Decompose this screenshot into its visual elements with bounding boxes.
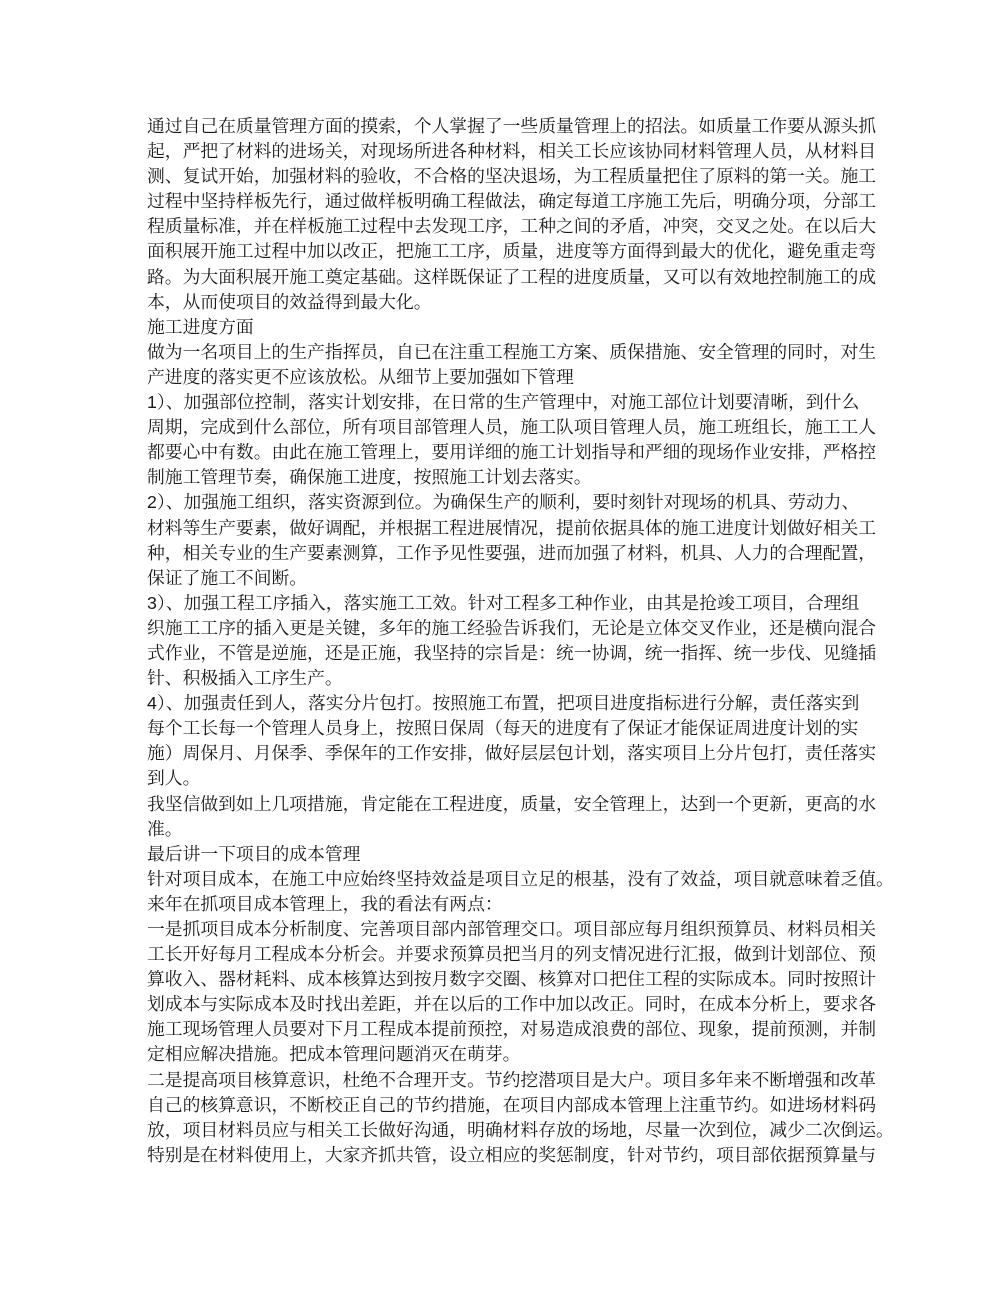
text-line: 程质量标准，并在样板施工过程中去发现工序，工种之间的矛盾，冲突，交叉之处。在以后… <box>147 214 907 239</box>
text-line: 过程中坚持样板先行，通过做样板明确工程做法，确定每道工序施工先后，明确分项，分部… <box>147 189 907 214</box>
text-line: 保证了施工不间断。 <box>147 566 907 591</box>
text-line: 二是提高项目核算意识，杜绝不合理开支。节约挖潜项目是大户。项目多年来不断增强和改… <box>147 1068 907 1093</box>
text-line: 种，相关专业的生产要素测算，工作予见性要强，进而加强了材料，机具、人力的合理配置… <box>147 541 907 566</box>
text-line: 起，严把了材料的进场关，对现场所进各种材料，相关工长应该协同材料管理人员，从材料… <box>147 139 907 164</box>
text-line: 每个工长每一个管理人员身上，按照日保周（每天的进度有了保证才能保证周进度计划的实 <box>147 716 907 741</box>
text-line: 材料等生产要素，做好调配，并根据工程进展情况，提前依据具体的施工进度计划做好相关… <box>147 516 907 541</box>
text-line: 一是抓项目成本分析制度、完善项目部内部管理交口。项目部应每月组织预算员、材料员相… <box>147 917 907 942</box>
text-line: 面积展开施工过程中加以改正，把施工工序，质量，进度等方面得到最大的优化，避免重走… <box>147 239 907 264</box>
text-line: 通过自己在质量管理方面的摸索，个人掌握了一些质量管理上的招法。如质量工作要从源头… <box>147 114 907 139</box>
text-line: 4）、加强责任到人，落实分片包打。按照施工布置，把项目进度指标进行分解，责任落实… <box>147 691 907 716</box>
text-line: 我坚信做到如上几项措施，肯定能在工程进度，质量，安全管理上，达到一个更新，更高的… <box>147 792 907 817</box>
text-line: 制施工管理节奏，确保施工进度，按照施工计划去落实。 <box>147 465 907 490</box>
text-line: 3）、加强工程工序插入，落实施工工效。针对工程多工种作业，由其是抢竣工项目，合理… <box>147 591 907 616</box>
text-line: 针、积极插入工序生产。 <box>147 666 907 691</box>
text-line: 放，项目材料员应与相关工长做好沟通，明确材料存放的场地，尽量一次到位，减少二次倒… <box>147 1118 907 1143</box>
text-line: 织施工工序的插入更是关键，多年的施工经验告诉我们，无论是立体交叉作业，还是横向混… <box>147 616 907 641</box>
text-line: 施工进度方面 <box>147 315 907 340</box>
text-line: 路。为大面积展开施工奠定基础。这样既保证了工程的进度质量，又可以有效地控制施工的… <box>147 265 907 290</box>
text-line: 式作业，不管是逆施，还是正施，我坚持的宗旨是：统一协调，统一指挥、统一步伐、见缝… <box>147 641 907 666</box>
document-page: 通过自己在质量管理方面的摸索，个人掌握了一些质量管理上的招法。如质量工作要从源头… <box>0 0 1000 1295</box>
text-line: 都要心中有数。由此在施工管理上，要用详细的施工计划指导和严细的现场作业安排，严格… <box>147 440 907 465</box>
text-line: 工长开好每月工程成本分析会。并要求预算员把当月的列支情况进行汇报，做到计划部位、… <box>147 942 907 967</box>
text-line: 来年在抓项目成本管理上，我的看法有两点： <box>147 892 907 917</box>
text-line: 准。 <box>147 817 907 842</box>
text-line: 1）、加强部位控制，落实计划安排，在日常的生产管理中，对施工部位计划要清晰，到什… <box>147 390 907 415</box>
text-line: 施）周保月、月保季、季保年的工作安排，做好层层包计划，落实项目上分片包打，责任落… <box>147 741 907 766</box>
text-line: 施工现场管理人员要对下月工程成本提前预控，对易造成浪费的部位、现象，提前预测，并… <box>147 1017 907 1042</box>
text-line: 做为一名项目上的生产指挥员，自已在注重工程施工方案、质保措施、安全管理的同时，对… <box>147 340 907 365</box>
text-line: 产进度的落实更不应该放松。从细节上要加强如下管理 <box>147 365 907 390</box>
text-line: 算收入、器材耗料、成本核算达到按月数字交圈、核算对口把住工程的实际成本。同时按照… <box>147 967 907 992</box>
text-line: 测、复试开始，加强材料的验收，不合格的坚决退场，为工程质量把住了原料的第一关。施… <box>147 164 907 189</box>
text-line: 2）、加强施工组织，落实资源到位。为确保生产的顺利，要时刻针对现场的机具、劳动力… <box>147 490 907 515</box>
text-line: 特别是在材料使用上，大家齐抓共管，设立相应的奖惩制度，针对节约，项目部依据预算量… <box>147 1143 907 1168</box>
text-line: 定相应解决措施。把成本管理问题消灭在萌芽。 <box>147 1042 907 1067</box>
text-line: 到人。 <box>147 766 907 791</box>
text-line: 周期，完成到什么部位，所有项目部管理人员，施工队项目管理人员，施工班组长，施工工… <box>147 415 907 440</box>
text-line: 本，从而使项目的效益得到最大化。 <box>147 290 907 315</box>
document-text-block: 通过自己在质量管理方面的摸索，个人掌握了一些质量管理上的招法。如质量工作要从源头… <box>147 114 907 1168</box>
text-line: 针对项目成本，在施工中应始终坚持效益是项目立足的根基，没有了效益，项目就意味着乏… <box>147 867 907 892</box>
text-line: 最后讲一下项目的成本管理 <box>147 842 907 867</box>
text-line: 划成本与实际成本及时找出差距，并在以后的工作中加以改正。同时，在成本分析上，要求… <box>147 992 907 1017</box>
text-line: 自己的核算意识，不断校正自己的节约措施，在项目内部成本管理上注重节约。如进场材料… <box>147 1093 907 1118</box>
